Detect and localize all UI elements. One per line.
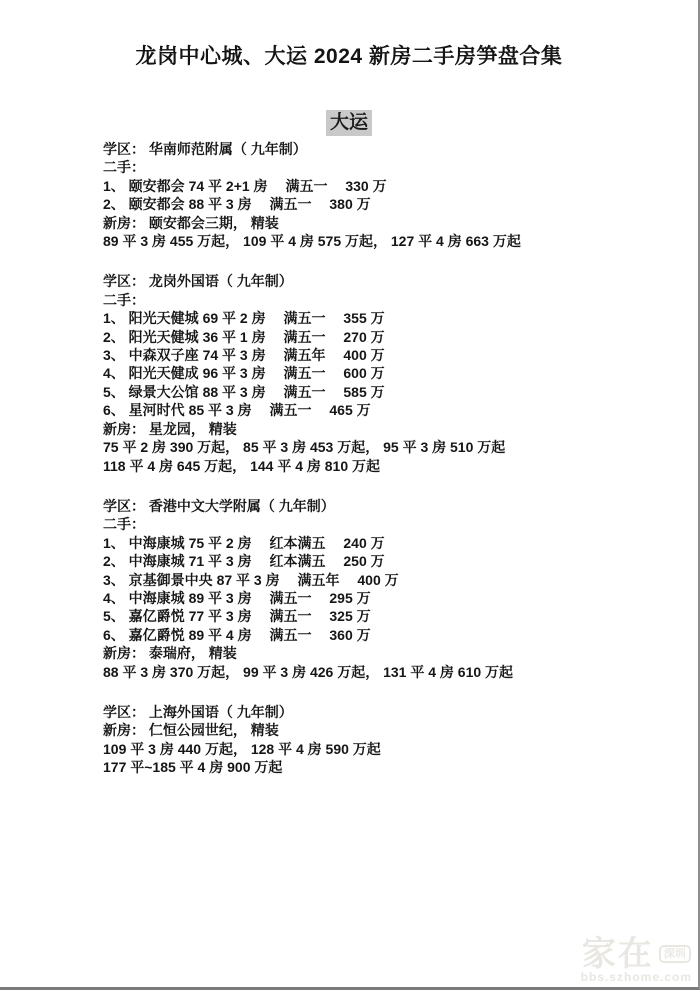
newhome-line: 新房： 颐安都会三期， 精装 [103,214,623,232]
school-section-huanan: 学区： 华南师范附属（ 九年制） 二手： 1、 颐安都会 74 平 2+1 房 … [103,140,623,250]
watermark-logo: 家在 深圳 [581,937,692,971]
price-line: 177 平~185 平 4 房 900 万起 [103,758,623,776]
secondhand-label: 二手： [103,158,623,176]
document-page: 龙岗中心城、大运 2024 新房二手房笋盘合集 大运 学区： 华南师范附属（ 九… [0,0,700,990]
watermark-url: bbs.szhome.com [581,970,692,984]
listing-line: 4、 阳光天健成 96 平 3 房 满五一 600 万 [103,364,623,382]
newhome-line: 新房： 泰瑞府， 精装 [103,644,623,662]
school-district-line: 学区： 华南师范附属（ 九年制） [103,140,623,158]
page-title: 龙岗中心城、大运 2024 新房二手房笋盘合集 [0,40,698,70]
listing-line: 5、 嘉亿爵悦 77 平 3 房 满五一 325 万 [103,607,623,625]
listing-line: 3、 京基御景中央 87 平 3 房 满五年 400 万 [103,571,623,589]
region-header-text: 大运 [326,110,372,136]
school-district-line: 学区： 香港中文大学附属（ 九年制） [103,497,623,515]
school-district-line: 学区： 上海外国语（ 九年制） [103,703,623,721]
region-header: 大运 [0,110,698,136]
watermark-main-text: 家在 [582,937,654,971]
school-section-longgang-foreign: 学区： 龙岗外国语（ 九年制） 二手： 1、 阳光天健城 69 平 2 房 满五… [103,272,623,474]
school-district-line: 学区： 龙岗外国语（ 九年制） [103,272,623,290]
school-section-shanghai-foreign: 学区： 上海外国语（ 九年制） 新房： 仁恒公园世纪， 精装 109 平 3 房… [103,703,623,777]
listing-line: 2、 颐安都会 88 平 3 房 满五一 380 万 [103,195,623,213]
listing-line: 6、 星河时代 85 平 3 房 满五一 465 万 [103,401,623,419]
listing-line: 6、 嘉亿爵悦 89 平 4 房 满五一 360 万 [103,626,623,644]
listing-line: 1、 阳光天健城 69 平 2 房 满五一 355 万 [103,309,623,327]
listing-line: 3、 中森双子座 74 平 3 房 满五年 400 万 [103,346,623,364]
price-line: 75 平 2 房 390 万起， 85 平 3 房 453 万起， 95 平 3… [103,438,623,456]
price-line: 118 平 4 房 645 万起， 144 平 4 房 810 万起 [103,457,623,475]
price-line: 109 平 3 房 440 万起， 128 平 4 房 590 万起 [103,740,623,758]
newhome-line: 新房： 仁恒公园世纪， 精装 [103,721,623,739]
price-line: 88 平 3 房 370 万起， 99 平 3 房 426 万起， 131 平 … [103,663,623,681]
listing-line: 1、 颐安都会 74 平 2+1 房 满五一 330 万 [103,177,623,195]
watermark-badge: 深圳 [659,945,691,963]
listing-line: 2、 阳光天健城 36 平 1 房 满五一 270 万 [103,328,623,346]
newhome-line: 新房： 星龙园， 精装 [103,420,623,438]
secondhand-label: 二手： [103,515,623,533]
listing-line: 4、 中海康城 89 平 3 房 满五一 295 万 [103,589,623,607]
school-section-cuhk: 学区： 香港中文大学附属（ 九年制） 二手： 1、 中海康城 75 平 2 房 … [103,497,623,681]
listing-line: 2、 中海康城 71 平 3 房 红本满五 250 万 [103,552,623,570]
price-line: 89 平 3 房 455 万起， 109 平 4 房 575 万起， 127 平… [103,232,623,250]
listing-line: 5、 绿景大公馆 88 平 3 房 满五一 585 万 [103,383,623,401]
document-body: 学区： 华南师范附属（ 九年制） 二手： 1、 颐安都会 74 平 2+1 房 … [103,140,623,799]
listing-line: 1、 中海康城 75 平 2 房 红本满五 240 万 [103,534,623,552]
secondhand-label: 二手： [103,291,623,309]
szhome-watermark: 家在 深圳 bbs.szhome.com [581,937,692,984]
